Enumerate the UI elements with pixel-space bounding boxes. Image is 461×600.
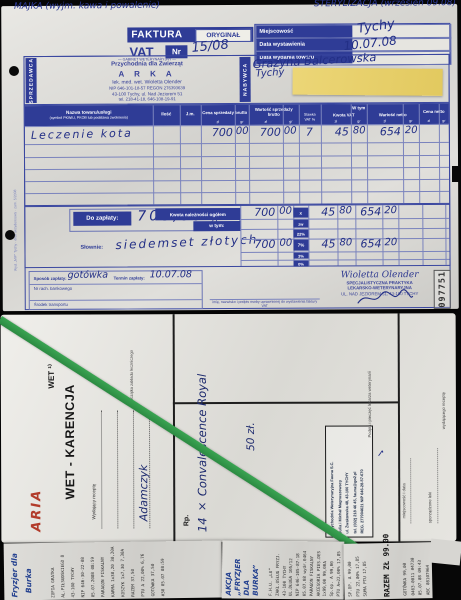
signature-note: imię, nazwisko i podpis osoby uprawnione… bbox=[210, 299, 320, 309]
item-vat-zl: 45 bbox=[325, 125, 349, 138]
check-mark-handwritten: ✓ bbox=[375, 437, 386, 457]
in-this-bar: w tym: bbox=[193, 221, 240, 231]
col-vat-rate-header-2: VAT % bbox=[299, 117, 321, 122]
receipt3-right-lines: GOTÓWKA 99,000463-0011 #473005.07.08 09:… bbox=[401, 544, 430, 596]
item-name-handwritten: Leczenie kota bbox=[31, 127, 133, 142]
line: PARAGON FISKALNY bbox=[100, 545, 106, 597]
buyer-label: NABYWCA bbox=[242, 63, 248, 96]
invoice-number-handwritten: 15/08 bbox=[191, 37, 230, 55]
vet-signature-label: Podpis i pieczęć lekarza weterynarii bbox=[367, 325, 372, 437]
summary-section: Do zapłaty: 700,00 zł Kwota należności o… bbox=[24, 204, 450, 268]
pay-method-value: gotówka bbox=[68, 270, 109, 281]
edge-print: Wyd. „MiP” Tychy · druk akcydensowy · za… bbox=[13, 121, 18, 271]
seller-stamp: — GABINET WETERYNARYJNY — Przychodnia dl… bbox=[54, 57, 239, 103]
rate-box-3: 3% bbox=[293, 253, 308, 259]
line: ZOFIA GRATKA bbox=[50, 546, 56, 598]
rx-content-handwritten: 14 × Convalescence Royal bbox=[195, 332, 210, 532]
prescription-document: WET ¹⁾ WET - KARENCJA ARIA Wydający rece… bbox=[1, 313, 457, 543]
line: KARMA 1x30,20 30,20A bbox=[110, 545, 116, 597]
sum-net-gr: 20 bbox=[384, 205, 397, 216]
receipt1-note-handwritten-2: Burka bbox=[24, 555, 34, 593]
place-label: Miejscowość bbox=[256, 25, 352, 38]
item-vat-rate: 7 bbox=[306, 126, 313, 139]
clinic-stamp-small-label: Pieczątka zakładu leczniczego bbox=[129, 324, 134, 404]
line: PARAGON FISKALNY bbox=[309, 544, 315, 596]
line: DLA bbox=[243, 544, 252, 596]
line: NIP 646-105-87-18 bbox=[295, 544, 301, 596]
line: SUMA PTU 17,85 bbox=[361, 545, 367, 596]
seller-stamp-line: tel. 218-41-18, 646-108-19-91 bbox=[55, 96, 240, 102]
r7-total-gr: 00 bbox=[279, 238, 292, 249]
col-gross-price-header: Cena sprzedaży brutto bbox=[201, 107, 249, 117]
r7-total-zl: 700 bbox=[239, 238, 275, 251]
pay-due-value: 10.07.08 bbox=[150, 269, 192, 280]
receipt1-lines: ZOFIA GRATKAAL.PIŁSUDSKIEGO 843-100 TYCH… bbox=[50, 544, 166, 598]
line: 05.07.2008 08:59 bbox=[90, 545, 96, 597]
seller-side-bar: SPRZEDAWCA bbox=[25, 58, 36, 103]
vet-stamp-name: Wioletta Olender bbox=[321, 270, 439, 281]
line: UL.DŁUGA 105/12 bbox=[288, 544, 294, 596]
line: GOTÓWKA 99,00 bbox=[401, 545, 407, 596]
line: AL.PIŁSUDSKIEGO 8 bbox=[60, 546, 66, 598]
receipt2-note-handwritten: AKCJA„FRYZJERDLABURKA” bbox=[225, 543, 261, 595]
line: #30 05.07 08:59 bbox=[160, 544, 166, 596]
line: PTU A=22,00% 17,85 bbox=[336, 545, 342, 597]
receipt-strip-3: SP.OP. A 99,00PTU 22,00% 17,85SUMA PTU 1… bbox=[343, 542, 432, 600]
line: 0463-0011 #4730 bbox=[409, 544, 415, 595]
serial-number: 097751 bbox=[437, 271, 447, 308]
rx-divider-line bbox=[398, 313, 400, 541]
line: GOTÓWKA 37,50 bbox=[150, 544, 156, 596]
transport-label: Środek transportu bbox=[34, 302, 68, 307]
line: PTU A 22,00% 6,76 bbox=[140, 545, 146, 597]
item-gross-value-gr: 00 bbox=[284, 126, 297, 137]
line: AKCJA bbox=[225, 543, 234, 595]
line: Sp.op. A 99,00 bbox=[329, 544, 335, 596]
wet-karencja-label: WET - KARENCJA bbox=[63, 325, 78, 500]
buyer-city-handwritten: Tychy bbox=[255, 67, 285, 80]
scanned-documents-photo: Wyd. „MiP” Tychy · druk akcydensowy · za… bbox=[0, 0, 461, 600]
line: tel. (032) 218 46 45, fauna@go2.pl bbox=[352, 430, 357, 534]
col-net-price-header: Cena netto bbox=[419, 106, 449, 116]
issuer-signature-handwritten: Adamczyk bbox=[137, 406, 150, 521]
line: RAZEM 37,50 bbox=[130, 545, 136, 597]
buyer-side-bar: NABYWCA bbox=[239, 57, 250, 102]
item-gross-value-zl: 700 bbox=[251, 126, 281, 139]
line: 05.07.08 09:43 bbox=[416, 544, 422, 595]
item-gross-price-gr: 00 bbox=[236, 126, 249, 137]
items-table: Nazwa towaru/usługi (symbol PKWiU, PKOB … bbox=[24, 103, 451, 206]
line: ul. Żwakowska 48, 43-100 TYCHY bbox=[344, 430, 349, 534]
col-unit-header: J.m. bbox=[180, 107, 201, 119]
r7-net-gr: 20 bbox=[384, 237, 397, 248]
rate-box-7: 7% bbox=[293, 240, 308, 251]
rate-box-zw: zw bbox=[293, 220, 308, 228]
hole-punch bbox=[9, 66, 19, 76]
col-gross-value-header: Wartość sprzedaży brutto bbox=[249, 107, 299, 117]
parties-section: SPRZEDAWCA — GABINET WETERYNARYJNY — Prz… bbox=[23, 54, 449, 105]
line: NIP 646-30-22-08 bbox=[80, 545, 86, 597]
receipt1-note-handwritten: Fryzjer dla bbox=[10, 546, 20, 597]
col-name-subheader: (symbol PKWiU, PKOB lub podstawa zwolnie… bbox=[25, 114, 153, 121]
rx-price-handwritten: 50 zł. bbox=[245, 386, 257, 451]
issue-date-label: Data wystawienia bbox=[256, 38, 352, 51]
paper-corner bbox=[429, 538, 461, 565]
line: 43-100 TYCHY bbox=[281, 544, 287, 596]
place-date-label: miejscowość i data bbox=[401, 463, 406, 518]
paper-notch bbox=[452, 166, 461, 182]
col-qty-header: Ilość bbox=[153, 107, 180, 119]
total-amount-bar: Kwota należności ogółem bbox=[155, 208, 240, 220]
line: PTU 22,00% 17,85 bbox=[354, 546, 360, 597]
words-label: Słownie: bbox=[80, 245, 103, 251]
line: ZAKŁ.USŁUG FRYZJ. bbox=[275, 544, 281, 596]
sum-vat-gr: 80 bbox=[339, 205, 352, 216]
item-net-gr: 20 bbox=[405, 125, 418, 136]
payment-box: Sposób zapłaty: gotówka Termin zapłaty: … bbox=[29, 270, 203, 310]
serial-number-box: 097751 bbox=[434, 270, 451, 309]
seller-label: SPRZEDAWCA bbox=[28, 58, 34, 104]
invoice-document: Wyd. „MiP” Tychy · druk akcydensowy · za… bbox=[1, 4, 459, 311]
invoice-title: FAKTURA bbox=[131, 29, 182, 40]
sticky-note bbox=[292, 68, 442, 96]
bank-account-label: Nr rach. bankowego bbox=[34, 286, 72, 291]
line: AKCESORIA PIES.DES bbox=[315, 544, 321, 596]
item-gross-price-zl: 700 bbox=[203, 126, 233, 139]
receipt2-lines: F.H.U. „LU”ZAKŁ.USŁUG FRYZJ.43-100 TYCHY… bbox=[268, 544, 348, 597]
receipt-strip-2: AKCJA„FRYZJERDLABURKA” F.H.U. „LU”ZAKŁ.U… bbox=[222, 540, 345, 599]
rate-box-22: 22% bbox=[293, 230, 308, 238]
pay-due-label: Termin zapłaty: bbox=[114, 275, 145, 280]
due-label: Do zapłaty: bbox=[73, 212, 131, 226]
hole-punch bbox=[5, 230, 15, 240]
line: F.H.U. „LU” bbox=[268, 544, 274, 596]
sum-total-gr: 00 bbox=[279, 206, 292, 217]
item-vat-gr: 80 bbox=[353, 125, 366, 136]
line: BURKA” bbox=[252, 544, 261, 596]
footer-section: Sposób zapłaty: gotówka Termin zapłaty: … bbox=[25, 266, 451, 310]
prepared-drugs-label: sporządzone leki bbox=[427, 453, 432, 523]
issuer-label: Wydający receptę bbox=[91, 434, 96, 519]
vet-signature-label-2: wydającego receptę bbox=[441, 329, 446, 429]
r7-vat-zl: 45 bbox=[311, 237, 335, 250]
line: 05.07.08 wydr.0464 bbox=[302, 544, 308, 596]
sum-vat-zl: 45 bbox=[311, 205, 335, 218]
rate-box-x: x bbox=[293, 208, 308, 218]
r7-vat-gr: 80 bbox=[339, 237, 352, 248]
line: 1x99,00 99,00A bbox=[322, 544, 328, 596]
receipts-row: Fryzjer dla Burka ZOFIA GRATKAAL.PIŁSUDS… bbox=[0, 540, 461, 600]
receipt-strip-1: Fryzjer dla Burka ZOFIA GRATKAAL.PIŁSUDS… bbox=[4, 540, 223, 600]
sum-net-zl: 654 bbox=[353, 205, 381, 218]
receipt3-total: RAZEM ZŁ 99.00 bbox=[381, 545, 391, 597]
receipt3-left-lines: SP.OP. A 99,00PTU 22,00% 17,85SUMA PTU 1… bbox=[346, 545, 367, 596]
sum-total-zl: 700 bbox=[239, 206, 275, 219]
line: SP.OP. A 99,00 bbox=[346, 546, 352, 597]
top-annotation-left: MAJKA (wyjm. kawa i powalenie) bbox=[14, 1, 160, 12]
line: REG. 277904621 NIP 646-28-57-670 bbox=[359, 430, 364, 534]
line: KOSZYK 1x7,30 7,30A bbox=[120, 545, 126, 597]
line: Julia i Michał Magnuszewscy bbox=[337, 430, 342, 534]
line: „FRYZJER bbox=[234, 543, 243, 595]
top-annotation-right: STERYLIZACJA (wrzesień 09.08) bbox=[314, 0, 456, 9]
signature-scribble bbox=[355, 288, 415, 308]
aria-handwritten: ARIA bbox=[29, 457, 44, 532]
rp-label: Rp. bbox=[183, 506, 190, 526]
line: Przychodnia Weterynaryjna Fauna S.C. bbox=[329, 430, 334, 534]
item-net-zl: 654 bbox=[371, 125, 401, 138]
words-value-handwritten: siedemset złotych bbox=[115, 232, 258, 252]
r7-net-zl: 654 bbox=[353, 237, 381, 250]
pay-method-label: Sposób zapłaty: bbox=[34, 276, 67, 281]
line: 43-100 TYCHY bbox=[70, 546, 76, 598]
clinic-stamp-box: Przychodnia Weterynaryjna Fauna S.C.Juli… bbox=[325, 425, 373, 537]
